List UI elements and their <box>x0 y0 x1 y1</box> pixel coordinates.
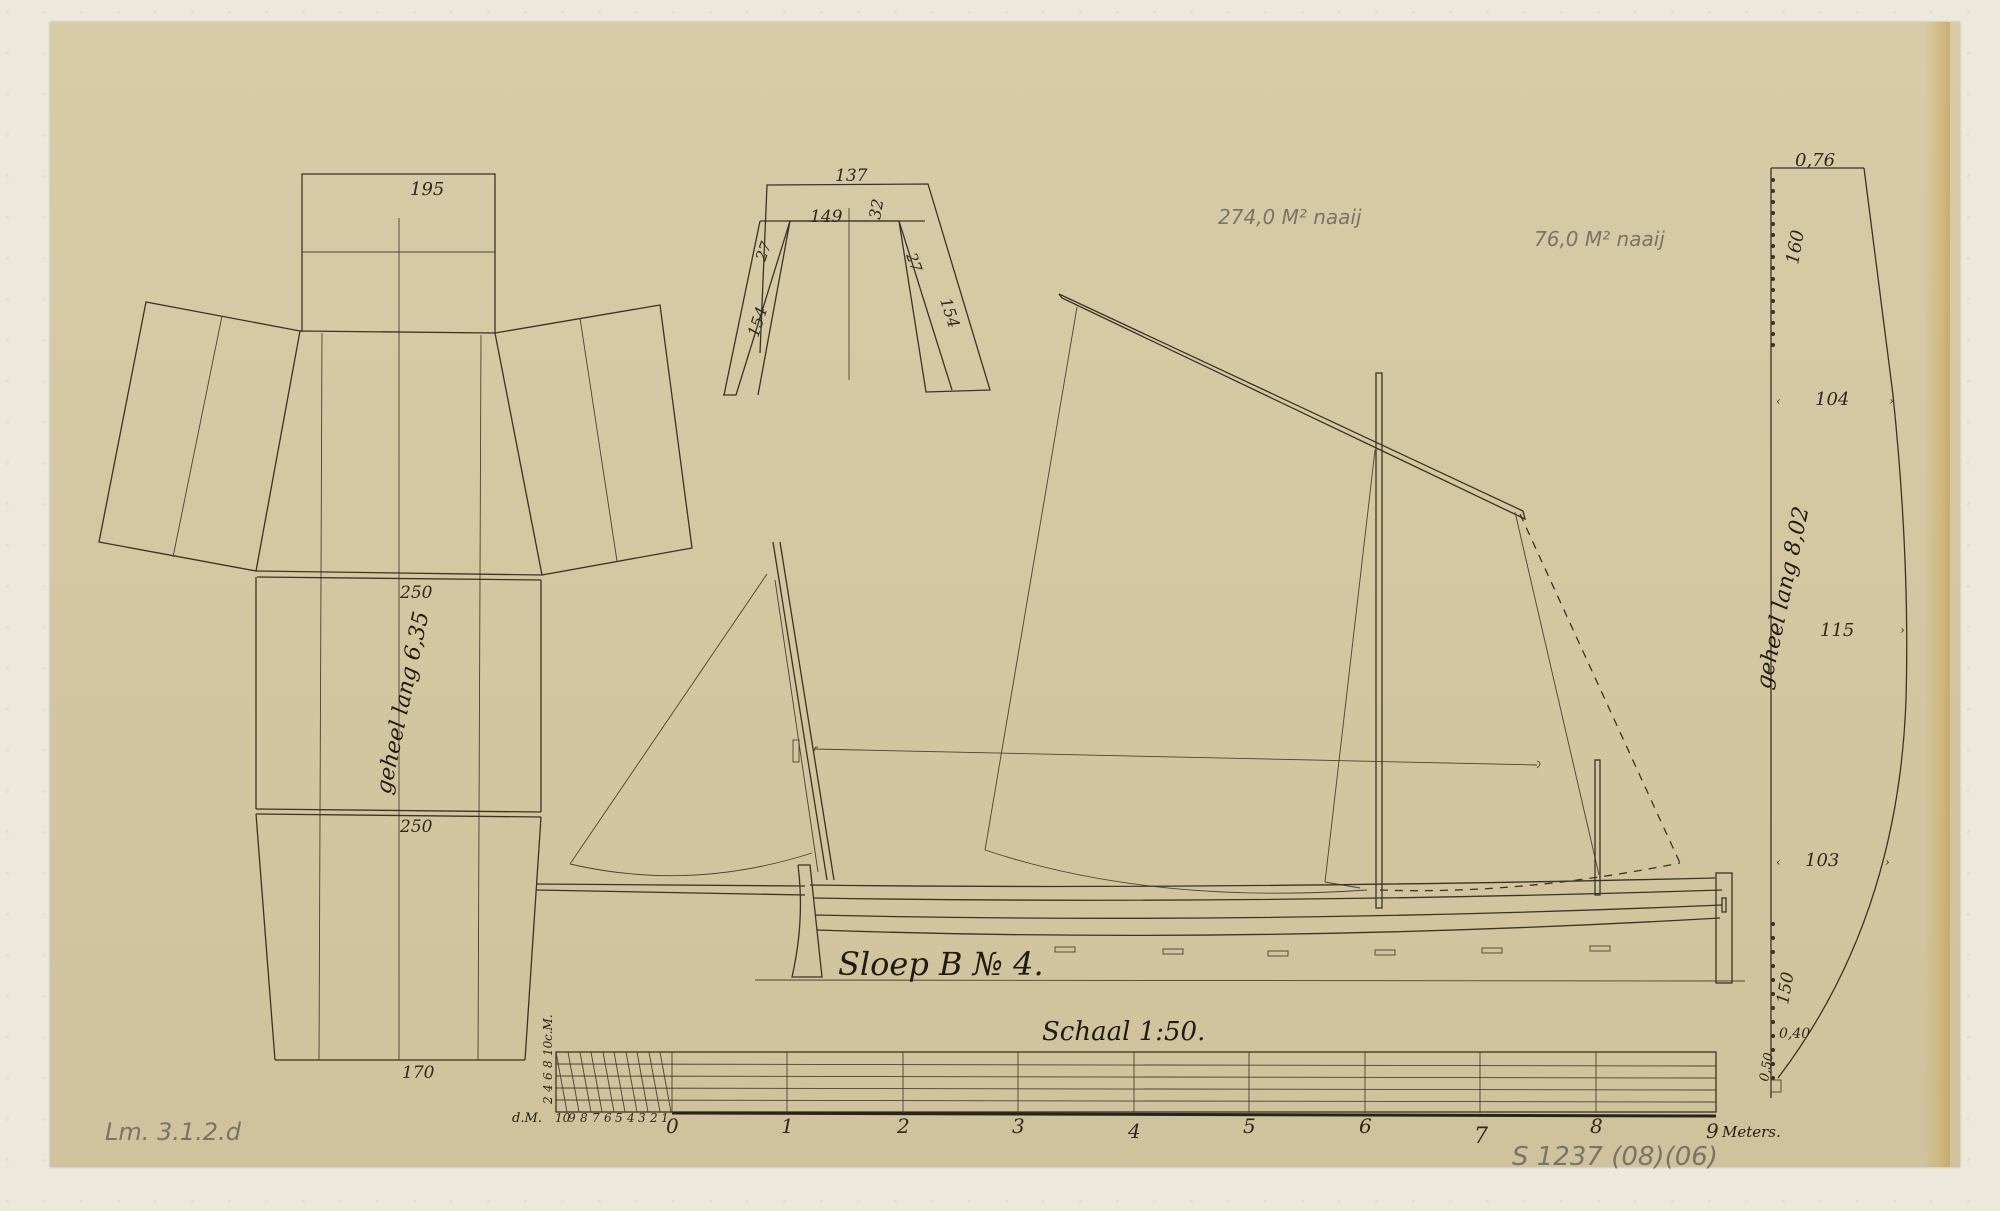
dm-tick: 9 <box>568 1111 576 1125</box>
main-mast <box>1376 373 1382 908</box>
length-note-right: geheel lang 8,02 <box>1751 504 1814 691</box>
dm-tick: 1 <box>661 1111 669 1125</box>
svg-text:‹: ‹ <box>1776 394 1781 408</box>
dim-mid-width-2: 250 <box>399 817 433 837</box>
dim-mid-width-1: 250 <box>399 583 433 603</box>
svg-text:‹: ‹ <box>1776 855 1781 869</box>
profile-dim-1: 160 <box>1782 228 1809 265</box>
frame-dim-inner: 149 <box>810 207 843 227</box>
archive-mark-left: Lm. 3.1.2.d <box>105 1118 242 1146</box>
scale-tick-2: 2 <box>896 1114 910 1138</box>
cm-tick: 8 <box>541 1060 555 1068</box>
frame-detail: 137 149 32 27 27 154 154 <box>723 166 990 395</box>
dm-tick: 4 <box>626 1111 635 1125</box>
pencil-note-jib-area: 76,0 M² naaij <box>1534 227 1665 251</box>
profile-width-1: 104 <box>1815 389 1849 410</box>
frame-dim-leg-right-length: 154 <box>936 295 964 330</box>
dm-tick: 8 <box>580 1111 588 1125</box>
drawing-title: Sloep B № 4. <box>838 945 1044 983</box>
scale-tick-4: 4 <box>1127 1119 1141 1143</box>
technical-drawing: 195 250 250 170 geheel lang 6,35 137 149… <box>0 0 2000 1211</box>
svg-text:›: › <box>1889 394 1894 408</box>
dm-tick: 5 <box>615 1111 623 1125</box>
frame-dim-leg-right-width: 27 <box>902 249 926 274</box>
right-sail-profile: ‹› ‹› ‹› 0,76 160 104 115 103 150 0,40 0… <box>1751 150 1906 1098</box>
frame-dim-top: 137 <box>835 166 868 186</box>
profile-dim-2: 150 <box>1773 970 1798 1006</box>
scale-centimeter-label: c.M. <box>541 1014 555 1041</box>
scale-tick-9: 9 <box>1706 1119 1719 1143</box>
dm-tick: 2 <box>649 1111 658 1125</box>
scale-unit-label: Meters. <box>1721 1123 1781 1141</box>
scale-bar: Schaal 1:50. 0 1 2 3 4 5 6 7 8 9 Meters.… <box>512 1014 1781 1149</box>
dm-tick: 7 <box>592 1111 600 1125</box>
length-note-left: geheel lang 6,35 <box>371 609 434 796</box>
scale-tick-6: 6 <box>1359 1114 1372 1138</box>
frame-dim-height: 32 <box>865 197 887 220</box>
dim-top-width: 195 <box>410 179 444 200</box>
cm-tick: 6 <box>541 1072 555 1080</box>
cm-tick: 10 <box>541 1040 555 1056</box>
profile-dim-3: 0,40 <box>1779 1026 1810 1042</box>
archive-mark-right: S 1237 (08)(06) <box>1512 1142 1718 1172</box>
dim-bottom-width: 170 <box>402 1063 435 1083</box>
scale-tick-1: 1 <box>781 1114 794 1138</box>
svg-text:›: › <box>1900 623 1905 637</box>
gaff-yard <box>1059 294 1525 519</box>
dm-tick: 3 <box>638 1111 646 1125</box>
frame-dim-leg-left-length: 154 <box>744 304 772 339</box>
left-sail-layout: 195 250 250 170 geheel lang 6,35 <box>99 174 692 1083</box>
scale-tick-3: 3 <box>1012 1114 1025 1138</box>
cm-tick: 2 <box>541 1096 555 1105</box>
scale-label: Schaal 1:50. <box>1042 1017 1205 1047</box>
profile-width-2: 115 <box>1820 620 1854 641</box>
cm-tick: 4 <box>541 1084 555 1093</box>
scale-tick-8: 8 <box>1590 1114 1603 1138</box>
dm-tick: 6 <box>604 1111 612 1125</box>
svg-text:›: › <box>1885 855 1890 869</box>
profile-dim-top-width: 0,76 <box>1795 150 1835 171</box>
scale-tick-7: 7 <box>1474 1124 1488 1149</box>
sail-plan <box>536 294 1745 983</box>
pencil-note-mainsail-area: 274,0 M² naaij <box>1218 205 1362 229</box>
scale-decimeter-label: d.M. <box>512 1111 542 1126</box>
profile-width-3: 103 <box>1805 850 1839 871</box>
scale-tick-5: 5 <box>1243 1114 1256 1138</box>
